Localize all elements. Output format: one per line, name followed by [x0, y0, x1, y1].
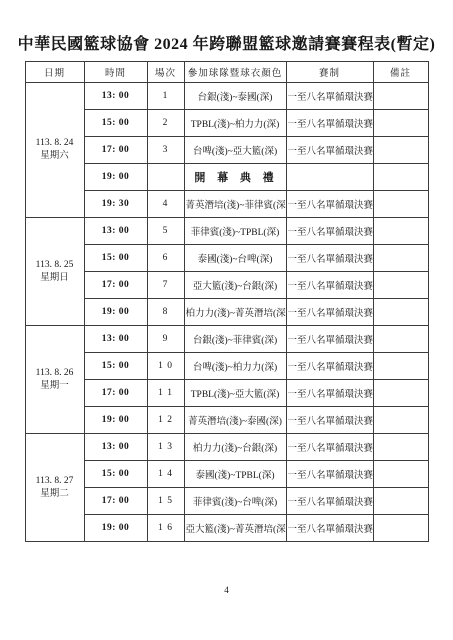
format-cell: 一至八名單循環決賽	[286, 407, 373, 434]
note-cell	[373, 245, 428, 272]
time-cell: 19: 00	[84, 164, 147, 191]
teams-cell: 台啤(淺)~柏力力(深)	[184, 353, 286, 380]
note-cell	[373, 326, 428, 353]
date-text: 113. 8. 27	[27, 475, 83, 488]
table-row: 17: 007亞大籃(淺)~台銀(深)一至八名單循環決賽	[25, 272, 428, 299]
weekday-text: 星期一	[27, 380, 83, 393]
table-row: 15: 002TPBL(淺)~柏力力(深)一至八名單循環決賽	[25, 110, 428, 137]
header-teams: 參加球隊暨球衣顏色	[184, 62, 286, 83]
teams-cell: 柏力力(淺)~台銀(深)	[184, 434, 286, 461]
format-cell: 一至八名單循環決賽	[286, 515, 373, 542]
note-cell	[373, 353, 428, 380]
teams-cell: TPBL(淺)~亞大籃(深)	[184, 380, 286, 407]
table-header-row: 日期 時間 場次 參加球隊暨球衣顏色 賽制 備註	[25, 62, 428, 83]
note-cell	[373, 407, 428, 434]
format-cell: 一至八名單循環決賽	[286, 218, 373, 245]
teams-cell: 台啤(淺)~亞大籃(深)	[184, 137, 286, 164]
format-cell: 一至八名單循環決賽	[286, 245, 373, 272]
format-cell: 一至八名單循環決賽	[286, 488, 373, 515]
format-cell: 一至八名單循環決賽	[286, 191, 373, 218]
teams-cell: TPBL(淺)~柏力力(深)	[184, 110, 286, 137]
table-row: 15: 001 0台啤(淺)~柏力力(深)一至八名單循環決賽	[25, 353, 428, 380]
table-row: 113. 8. 25星期日13: 005菲律賓(淺)~TPBL(深)一至八名單循…	[25, 218, 428, 245]
page-number: 4	[0, 585, 453, 595]
teams-cell: 亞大籃(淺)~台銀(深)	[184, 272, 286, 299]
time-cell: 19: 00	[84, 407, 147, 434]
teams-cell: 菁英潛培(淺)~菲律賓(深)	[184, 191, 286, 218]
match-cell: 1	[147, 83, 184, 110]
time-cell: 13: 00	[84, 326, 147, 353]
table-row: 19: 304菁英潛培(淺)~菲律賓(深)一至八名單循環決賽	[25, 191, 428, 218]
teams-cell: 菲律賓(淺)~台啤(深)	[184, 488, 286, 515]
table-row: 17: 001 5菲律賓(淺)~台啤(深)一至八名單循環決賽	[25, 488, 428, 515]
table-row: 15: 001 4泰國(淺)~TPBL(深)一至八名單循環決賽	[25, 461, 428, 488]
match-cell: 7	[147, 272, 184, 299]
teams-cell: 柏力力(淺)~菁英潛培(深)	[184, 299, 286, 326]
date-text: 113. 8. 24	[27, 137, 83, 150]
format-cell: 一至八名單循環決賽	[286, 272, 373, 299]
match-cell: 6	[147, 245, 184, 272]
match-cell: 1 4	[147, 461, 184, 488]
note-cell	[373, 137, 428, 164]
format-cell: 一至八名單循環決賽	[286, 326, 373, 353]
teams-cell: 菲律賓(淺)~TPBL(深)	[184, 218, 286, 245]
header-date: 日期	[25, 62, 84, 83]
format-cell: 一至八名單循環決賽	[286, 110, 373, 137]
date-text: 113. 8. 26	[27, 367, 83, 380]
header-match: 場次	[147, 62, 184, 83]
date-cell: 113. 8. 24星期六	[25, 83, 84, 218]
table-row: 113. 8. 24星期六13: 001台銀(淺)~泰國(深)一至八名單循環決賽	[25, 83, 428, 110]
note-cell	[373, 110, 428, 137]
match-cell: 5	[147, 218, 184, 245]
time-cell: 17: 00	[84, 380, 147, 407]
match-cell: 1 3	[147, 434, 184, 461]
note-cell	[373, 299, 428, 326]
date-cell: 113. 8. 25星期日	[25, 218, 84, 326]
format-cell	[286, 164, 373, 191]
table-row: 113. 8. 27星期二13: 001 3柏力力(淺)~台銀(深)一至八名單循…	[25, 434, 428, 461]
time-cell: 13: 00	[84, 434, 147, 461]
note-cell	[373, 461, 428, 488]
match-cell: 1 1	[147, 380, 184, 407]
table-row: 17: 001 1TPBL(淺)~亞大籃(深)一至八名單循環決賽	[25, 380, 428, 407]
format-cell: 一至八名單循環決賽	[286, 461, 373, 488]
weekday-text: 星期六	[27, 150, 83, 163]
teams-cell: 台銀(淺)~菲律賓(深)	[184, 326, 286, 353]
time-cell: 15: 00	[84, 245, 147, 272]
time-cell: 17: 00	[84, 137, 147, 164]
match-cell: 1 2	[147, 407, 184, 434]
match-cell: 2	[147, 110, 184, 137]
format-cell: 一至八名單循環決賽	[286, 353, 373, 380]
note-cell	[373, 515, 428, 542]
note-cell	[373, 380, 428, 407]
time-cell: 15: 00	[84, 353, 147, 380]
time-cell: 13: 00	[84, 218, 147, 245]
schedule-table-body: 113. 8. 24星期六13: 001台銀(淺)~泰國(深)一至八名單循環決賽…	[25, 83, 428, 542]
note-cell	[373, 488, 428, 515]
match-cell: 8	[147, 299, 184, 326]
match-cell: 9	[147, 326, 184, 353]
teams-cell: 亞大籃(淺)~菁英潛培(深)	[184, 515, 286, 542]
time-cell: 17: 00	[84, 488, 147, 515]
time-cell: 19: 00	[84, 299, 147, 326]
match-cell: 4	[147, 191, 184, 218]
time-cell: 17: 00	[84, 272, 147, 299]
teams-cell: 泰國(淺)~台啤(深)	[184, 245, 286, 272]
date-cell: 113. 8. 27星期二	[25, 434, 84, 542]
table-row: 19: 00開 幕 典 禮	[25, 164, 428, 191]
time-cell: 15: 00	[84, 110, 147, 137]
date-cell: 113. 8. 26星期一	[25, 326, 84, 434]
header-format: 賽制	[286, 62, 373, 83]
format-cell: 一至八名單循環決賽	[286, 137, 373, 164]
document-page: 中華民國籃球協會 2024 年跨聯盟籃球邀請賽賽程表(暫定) 日期 時間 場次 …	[0, 0, 453, 640]
match-cell: 1 0	[147, 353, 184, 380]
date-text: 113. 8. 25	[27, 259, 83, 272]
format-cell: 一至八名單循環決賽	[286, 83, 373, 110]
teams-cell: 泰國(淺)~TPBL(深)	[184, 461, 286, 488]
table-row: 19: 008柏力力(淺)~菁英潛培(深)一至八名單循環決賽	[25, 299, 428, 326]
match-cell: 3	[147, 137, 184, 164]
note-cell	[373, 164, 428, 191]
header-time: 時間	[84, 62, 147, 83]
teams-cell: 開 幕 典 禮	[184, 164, 286, 191]
teams-cell: 菁英潛培(淺)~泰國(深)	[184, 407, 286, 434]
note-cell	[373, 434, 428, 461]
table-row: 113. 8. 26星期一13: 009台銀(淺)~菲律賓(深)一至八名單循環決…	[25, 326, 428, 353]
schedule-table: 日期 時間 場次 參加球隊暨球衣顏色 賽制 備註 113. 8. 24星期六13…	[25, 61, 429, 542]
format-cell: 一至八名單循環決賽	[286, 299, 373, 326]
time-cell: 13: 00	[84, 83, 147, 110]
weekday-text: 星期二	[27, 488, 83, 501]
match-cell: 1 5	[147, 488, 184, 515]
note-cell	[373, 272, 428, 299]
table-row: 15: 006泰國(淺)~台啤(深)一至八名單循環決賽	[25, 245, 428, 272]
format-cell: 一至八名單循環決賽	[286, 434, 373, 461]
table-row: 17: 003台啤(淺)~亞大籃(深)一至八名單循環決賽	[25, 137, 428, 164]
page-title: 中華民國籃球協會 2024 年跨聯盟籃球邀請賽賽程表(暫定)	[13, 0, 440, 55]
match-cell	[147, 164, 184, 191]
header-note: 備註	[373, 62, 428, 83]
time-cell: 19: 00	[84, 515, 147, 542]
teams-cell: 台銀(淺)~泰國(深)	[184, 83, 286, 110]
match-cell: 1 6	[147, 515, 184, 542]
note-cell	[373, 83, 428, 110]
note-cell	[373, 191, 428, 218]
format-cell: 一至八名單循環決賽	[286, 380, 373, 407]
table-row: 19: 001 6亞大籃(淺)~菁英潛培(深)一至八名單循環決賽	[25, 515, 428, 542]
weekday-text: 星期日	[27, 272, 83, 285]
time-cell: 19: 30	[84, 191, 147, 218]
note-cell	[373, 218, 428, 245]
table-row: 19: 001 2菁英潛培(淺)~泰國(深)一至八名單循環決賽	[25, 407, 428, 434]
time-cell: 15: 00	[84, 461, 147, 488]
